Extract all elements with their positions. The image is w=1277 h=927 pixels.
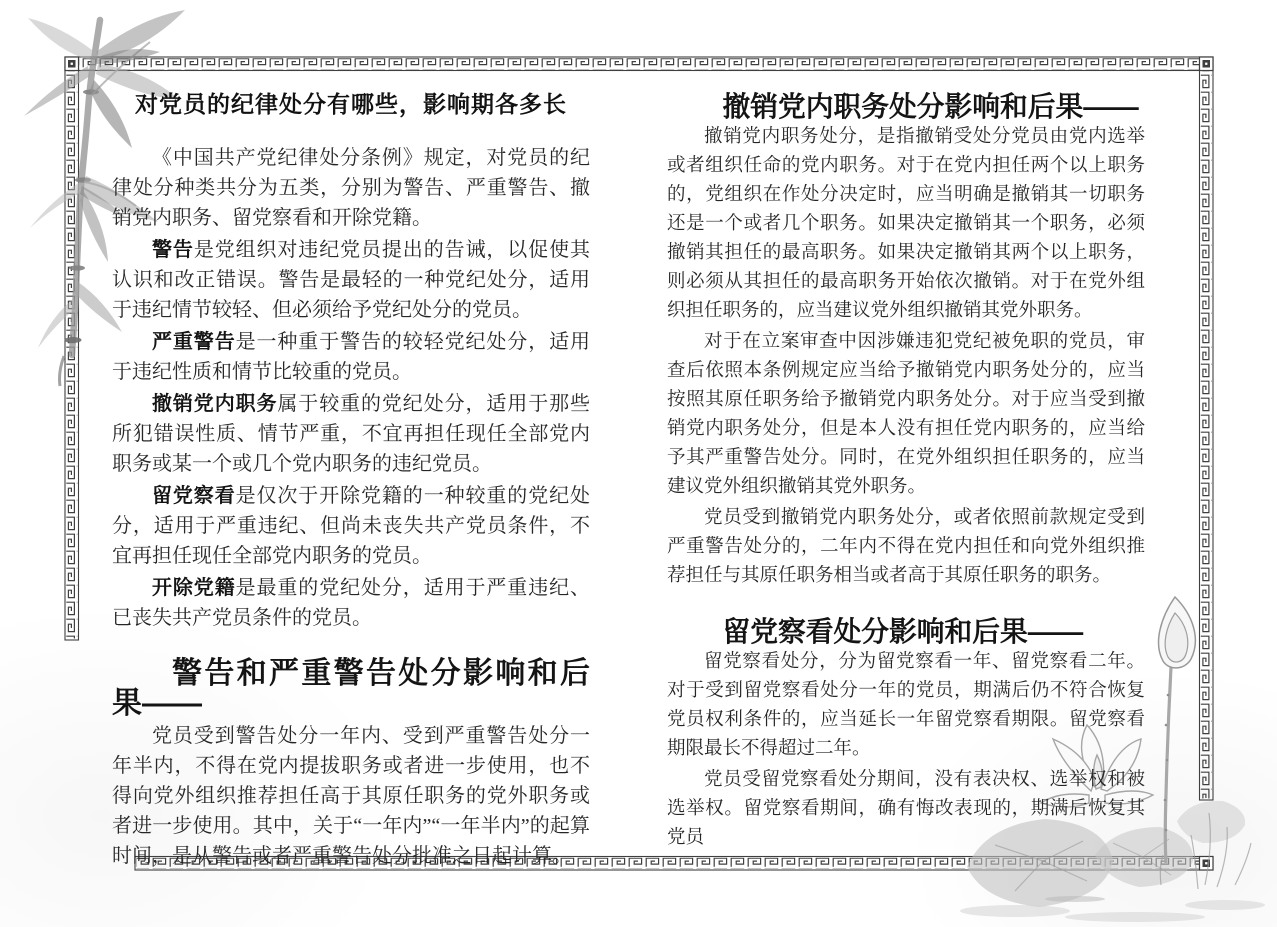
definition-term: 留党察看 xyxy=(152,485,236,507)
right-column: 撤销党内职务处分影响和后果—— 撤销党内职务处分，是指撤销受处分党员由党内选举或… xyxy=(667,88,1145,871)
section-paragraph: 留党察看处分，分为留党察看一年、留党察看二年。对于受到留党察看处分一年的党员，期… xyxy=(667,648,1145,764)
section-heading-warning-consequences: 警告和严重警告处分影响和后果—— xyxy=(112,659,590,719)
definition-term: 撤销党内职务 xyxy=(152,393,277,415)
section-paragraph: 党员受到撤销党内职务处分，或者依照前款规定受到严重警告处分的，二年内不得在党内担… xyxy=(667,504,1145,591)
definition-probation: 留党察看是仅次于开除党籍的一种较重的党纪处分，适用于严重违纪、但尚未丧失共产党员… xyxy=(112,481,590,571)
section-heading-probation-consequences: 留党察看处分影响和后果—— xyxy=(667,617,1145,646)
section-paragraph: 撤销党内职务处分，是指撤销受处分党员由党内选举或者组织任命的党内职务。对于在党内… xyxy=(667,123,1145,326)
definition-term: 严重警告 xyxy=(152,331,236,353)
document-page: 对党员的纪律处分有哪些，影响期各多长 《中国共产党纪律处分条例》规定，对党员的纪… xyxy=(0,0,1277,927)
definition-term: 开除党籍 xyxy=(152,577,236,599)
section-paragraph: 对于在立案审查中因涉嫌违犯党纪被免职的党员，审查后依照本条例规定应当给予撤销党内… xyxy=(667,328,1145,502)
definition-expulsion: 开除党籍是最重的党纪处分，适用于严重违纪、已丧失共产党员条件的党员。 xyxy=(112,573,590,633)
left-column: 对党员的纪律处分有哪些，影响期各多长 《中国共产党纪律处分条例》规定，对党员的纪… xyxy=(112,88,590,871)
section-paragraph: 党员受留党察看处分期间，没有表决权、选举权和被选举权。留党察看期间，确有悔改表现… xyxy=(667,766,1145,853)
page-title: 对党员的纪律处分有哪些，影响期各多长 xyxy=(112,88,590,122)
section-paragraph: 党员受到警告处分一年内、受到严重警告处分一年半内，不得在党内提拔职务或者进一步使… xyxy=(112,721,590,871)
definition-removal-from-post: 撤销党内职务属于较重的党纪处分，适用于那些所犯错误性质、情节严重，不宜再担任现任… xyxy=(112,389,590,479)
border-corner-top-right xyxy=(1200,57,1214,71)
definition-warning: 警告是党组织对违纪党员提出的告诫，以促使其认识和改正错误。警告是最轻的一种党纪处… xyxy=(112,235,590,325)
definition-severe-warning: 严重警告是一种重于警告的较轻党纪处分，适用于违纪性质和情节比较重的党员。 xyxy=(112,327,590,387)
section-heading-removal-consequences: 撤销党内职务处分影响和后果—— xyxy=(667,92,1145,121)
page-content: 对党员的纪律处分有哪些，影响期各多长 《中国共产党纪律处分条例》规定，对党员的纪… xyxy=(112,88,1145,871)
lotus-bud xyxy=(1159,597,1196,668)
intro-paragraph: 《中国共产党纪律处分条例》规定，对党员的纪律处分种类共分为五类，分别为警告、严重… xyxy=(112,143,590,233)
definition-term: 警告 xyxy=(152,239,194,261)
border-top xyxy=(65,57,1213,71)
